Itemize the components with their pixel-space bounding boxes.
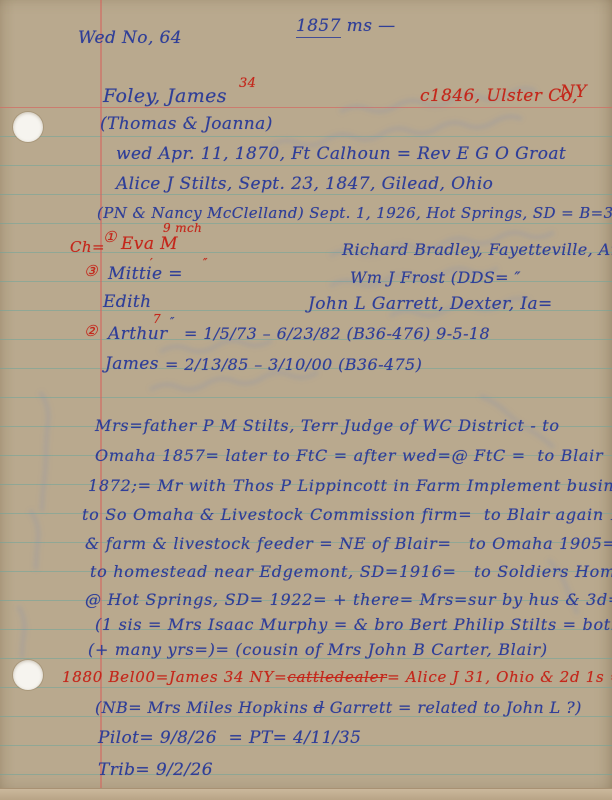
- spouse-birth-line: Alice J Stilts, Sept. 23, 1847, Gilead, …: [116, 174, 493, 194]
- ditto-mark: ′: [150, 256, 153, 270]
- biography-line: to homestead near Edgemont, SD=1916= to …: [90, 562, 612, 581]
- nb-text: (NB= Mrs Miles Hopkins: [95, 698, 314, 717]
- year-heading: 1857 ms —: [296, 16, 396, 36]
- nb-text: Garrett = related to John L ?): [324, 698, 581, 717]
- year-suffix: ms —: [341, 16, 396, 36]
- birth-info: c1846, Ulster Co,: [420, 86, 578, 106]
- child-arthur-name: Arthur: [108, 324, 168, 344]
- year-underlined: 1857: [296, 16, 341, 38]
- top-margin-rule: [0, 107, 612, 108]
- biography-line: to So Omaha & Livestock Commission firm=…: [82, 505, 612, 524]
- census-struck-word: cattledealer: [287, 668, 387, 686]
- child-eva-name: Eva M: [121, 234, 178, 254]
- nb-note-line: (NB= Mrs Miles Hopkins d Garrett = relat…: [95, 698, 582, 717]
- biography-line: @ Hot Springs, SD= 1922= + there= Mrs=su…: [85, 590, 612, 609]
- child-edith-name: Edith: [103, 292, 152, 312]
- person-name: Foley, James: [103, 85, 227, 107]
- biography-line: Mrs=father P M Stilts, Terr Judge of WC …: [95, 416, 560, 435]
- child-mittie-number: ③: [84, 262, 98, 280]
- child-arthur-dates: = 1/5/73 – 6/23/82 (B36-476) 9-5-18: [184, 324, 490, 343]
- birth-state: NY: [560, 82, 587, 102]
- punch-hole-top: [13, 112, 43, 142]
- source-trib: Trib= 9/2/26: [98, 760, 213, 780]
- biography-line: (1 sis = Mrs Isaac Murphy = & bro Bert P…: [95, 615, 612, 634]
- census-text: = Alice J 31, Ohio & 2d 1s = incd above): [387, 668, 612, 686]
- child-mittie-name: Mittie =: [108, 264, 183, 284]
- child-james-name: James: [105, 354, 159, 374]
- notebook-number: Wed No, 64: [78, 28, 182, 48]
- child-eva-spouse: Richard Bradley, Fayetteville, Ark: [342, 240, 612, 259]
- child-eva-number: ①: [103, 228, 117, 246]
- nb-struck-word: d: [314, 698, 325, 717]
- age-superscript: 34: [239, 76, 256, 91]
- punch-hole-bottom: [13, 660, 43, 690]
- biography-line: (+ many yrs=)= (cousin of Mrs John B Car…: [88, 640, 548, 659]
- biography-line: 1872;= Mr with Thos P Lippincott in Farm…: [88, 476, 612, 495]
- child-arthur-superscript: 7: [153, 312, 161, 326]
- child-arthur-number: ②: [84, 322, 98, 340]
- marriage-line: wed Apr. 11, 1870, Ft Calhoun = Rev E G …: [116, 144, 566, 164]
- census-1880-line: 1880 Bel00=James 34 NY=cattledealer= Ali…: [62, 668, 612, 686]
- ditto-mark: ″: [170, 315, 175, 329]
- source-pilot: Pilot= 9/8/26 = PT= 4/11/35: [98, 728, 361, 748]
- ledger-page-scan: Wed No, 64 1857 ms — Foley, James 34 c18…: [0, 0, 612, 800]
- biography-line: Omaha 1857= later to FtC = after wed=@ F…: [95, 446, 603, 465]
- child-james-dates: = 2/13/85 – 3/10/00 (B36-475): [165, 355, 422, 374]
- child-edith-spouse: John L Garrett, Dexter, Ia=: [308, 294, 553, 314]
- children-label: Ch=: [70, 238, 105, 256]
- page-bottom-edge: [0, 788, 612, 800]
- biography-line: & farm & livestock feeder = NE of Blair=…: [85, 534, 612, 553]
- ditto-mark: ″: [203, 256, 208, 270]
- child-mittie-spouse: Wm J Frost (DDS= ″: [350, 268, 521, 287]
- child-eva-superscript: 9 mch: [163, 221, 202, 235]
- census-text: 1880 Bel00=James 34 NY=: [62, 668, 287, 686]
- parents: (Thomas & Joanna): [100, 114, 273, 134]
- spouse-death-text: (PN & Nancy McClelland) Sept. 1, 1926, H…: [97, 204, 612, 222]
- spouse-death-line: (PN & Nancy McClelland) Sept. 1, 1926, H…: [97, 204, 612, 222]
